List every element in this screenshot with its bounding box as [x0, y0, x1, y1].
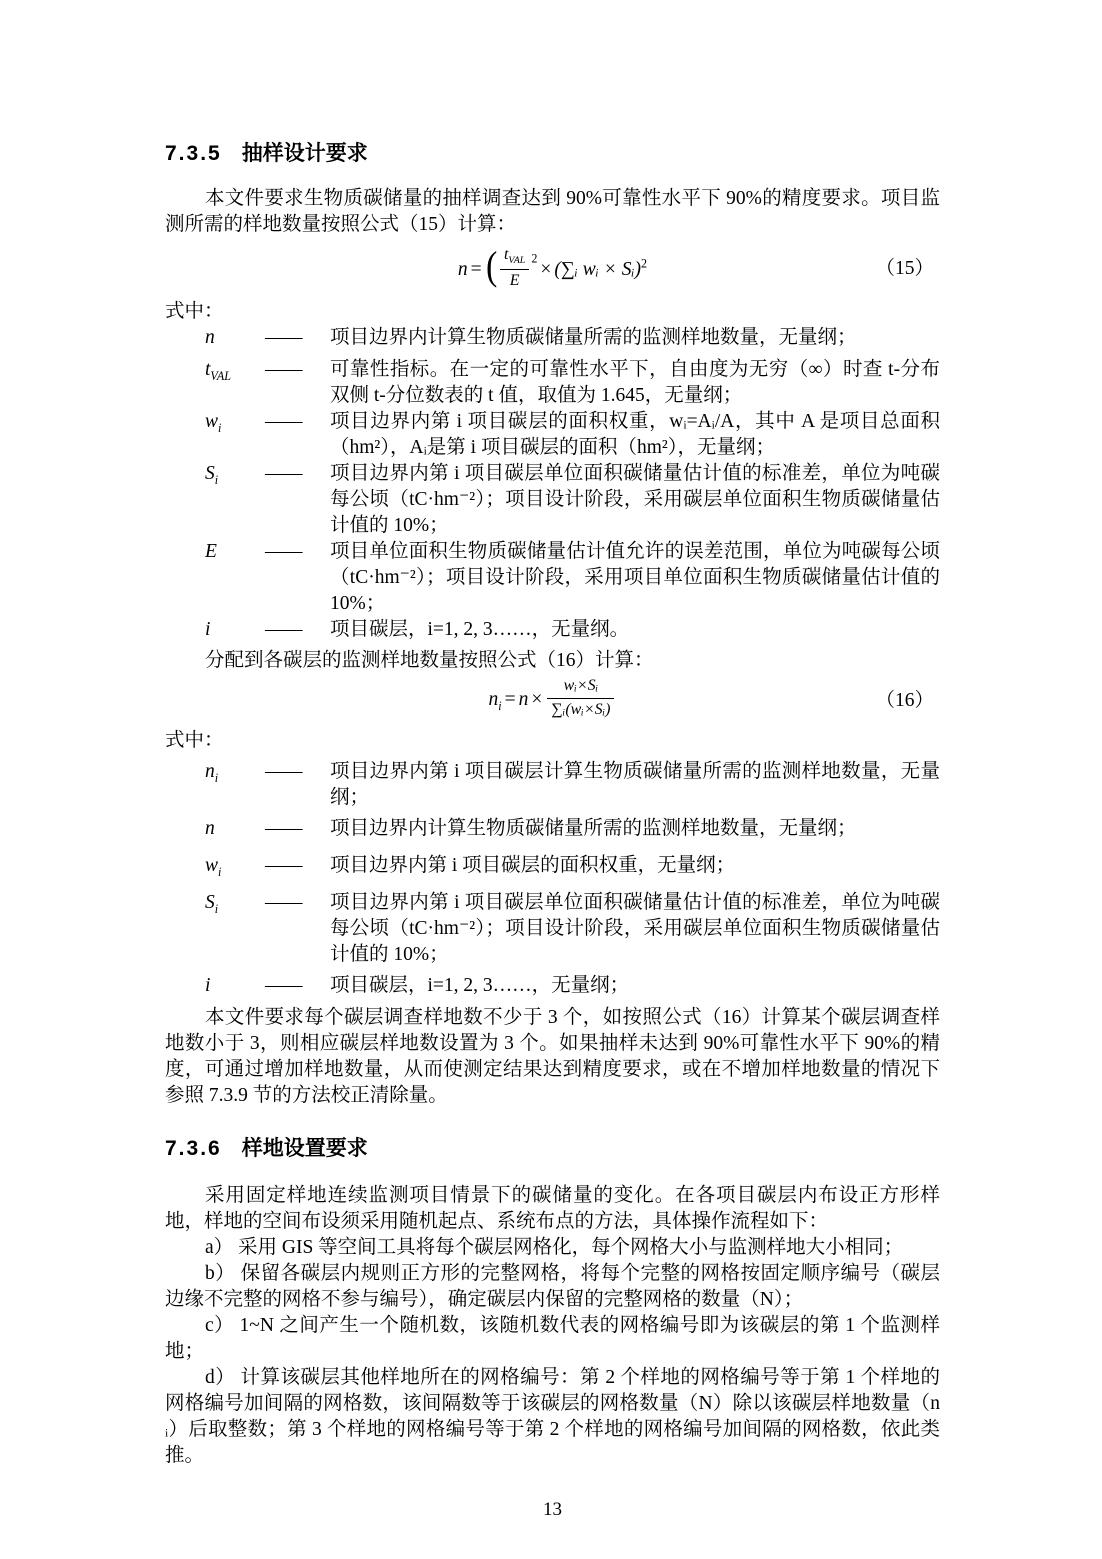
definition-dash: ——	[265, 816, 330, 842]
section-number: 7.3.5	[165, 142, 222, 165]
definition-symbol: wi	[205, 853, 265, 885]
definition-row: i —— 项目碳层，i=1, 2, 3……，无量纲；	[205, 973, 940, 1005]
definition-dash: ——	[265, 890, 330, 916]
definition-symbol: n	[205, 325, 265, 357]
definition-row: tVAL —— 可靠性指标。在一定的可靠性水平下，自由度为无穷（∞）时查 t-分…	[205, 357, 940, 409]
definition-text: 项目碳层，i=1, 2, 3……，无量纲。	[330, 617, 940, 643]
section-7-3-6-heading: 7.3.6样地设置要求	[165, 1135, 940, 1163]
definition-symbol: i	[205, 973, 265, 1005]
procedure-item-d: d） 计算该碳层其他样地所在的网格编号：第 2 个样地的网格编号等于第 1 个样…	[165, 1365, 940, 1469]
definition-symbol: n	[205, 816, 265, 848]
fraction: wᵢ×Sᵢ∑ᵢ(wᵢ×Sᵢ)	[547, 676, 614, 721]
formula-15-number: （15）	[875, 256, 934, 282]
definition-dash: ——	[265, 325, 330, 351]
definition-text: 项目边界内计算生物质碳储量所需的监测样地数量，无量纲；	[330, 816, 940, 842]
definition-text: 项目边界内第 i 项目碳层的面积权重，无量纲；	[330, 853, 940, 879]
paragraph-minimum-plots: 本文件要求每个碳层调查样地数不少于 3 个，如按照公式（16）计算某个碳层调查样…	[165, 1005, 940, 1109]
definition-symbol: Si	[205, 461, 265, 493]
definition-row: n —— 项目边界内计算生物质碳储量所需的监测样地数量，无量纲；	[205, 325, 940, 357]
definition-text: 项目边界内第 i 项目碳层的面积权重，wᵢ=Aᵢ/A，其中 A 是项目总面积（h…	[330, 409, 940, 461]
definition-text: 项目边界内计算生物质碳储量所需的监测样地数量，无量纲；	[330, 325, 940, 351]
page-number: 13	[165, 1497, 940, 1523]
procedure-item-a: a） 采用 GIS 等空间工具将每个碳层网格化，每个网格大小与监测样地大小相同；	[165, 1235, 940, 1261]
paragraph-sampling-intro: 本文件要求生物质碳储量的抽样调查达到 90%可靠性水平下 90%的精度要求。项目…	[165, 186, 940, 238]
definition-dash: ——	[265, 357, 330, 383]
section-7-3-5-heading: 7.3.5抽样设计要求	[165, 140, 940, 168]
definition-text: 可靠性指标。在一定的可靠性水平下，自由度为无穷（∞）时查 t-分布双侧 t-分位…	[330, 357, 940, 409]
definition-symbol: tVAL	[205, 357, 265, 389]
definition-dash: ——	[265, 409, 330, 435]
definition-dash: ——	[265, 539, 330, 565]
section-number: 7.3.6	[165, 1137, 222, 1160]
symbol-definitions-2: ni —— 项目边界内第 i 项目碳层计算生物质碳储量所需的监测样地数量，无量纲…	[165, 759, 940, 1005]
formula-15: n=(tVALE2×(∑ᵢ wᵢ × Sᵢ)2 （15）	[165, 245, 940, 294]
definition-symbol: ni	[205, 759, 265, 791]
symbol-definitions-1: n —— 项目边界内计算生物质碳储量所需的监测样地数量，无量纲； tVAL ——…	[165, 325, 940, 649]
formula-16: ni=n×wᵢ×Sᵢ∑ᵢ(wᵢ×Sᵢ) （16）	[165, 678, 940, 723]
definition-row: n —— 项目边界内计算生物质碳储量所需的监测样地数量，无量纲；	[205, 816, 940, 848]
definition-row: Si —— 项目边界内第 i 项目碳层单位面积碳储量估计值的标准差，单位为吨碳每…	[205, 890, 940, 968]
where-label-1: 式中：	[165, 299, 940, 325]
section-title: 抽样设计要求	[242, 142, 368, 165]
formula-16-number: （16）	[875, 688, 934, 714]
definition-text: 项目边界内第 i 项目碳层计算生物质碳储量所需的监测样地数量，无量纲；	[330, 759, 940, 811]
where-label-2: 式中：	[165, 728, 940, 754]
definition-dash: ——	[265, 617, 330, 643]
definition-dash: ——	[265, 853, 330, 879]
definition-row: ni —— 项目边界内第 i 项目碳层计算生物质碳储量所需的监测样地数量，无量纲…	[205, 759, 940, 811]
definition-row: E —— 项目单位面积生物质碳储量估计值允许的误差范围，单位为吨碳每公顷（tC·…	[205, 539, 940, 617]
definition-dash: ——	[265, 759, 330, 785]
definition-text: 项目碳层，i=1, 2, 3……，无量纲；	[330, 973, 940, 999]
definition-row: i —— 项目碳层，i=1, 2, 3……，无量纲。	[205, 617, 940, 649]
definition-dash: ——	[265, 973, 330, 999]
definition-text: 项目边界内第 i 项目碳层单位面积碳储量估计值的标准差，单位为吨碳每公顷（tC·…	[330, 461, 940, 539]
fraction: tVALE	[500, 245, 529, 292]
definition-symbol: i	[205, 617, 265, 649]
document-page: 7.3.5抽样设计要求 本文件要求生物质碳储量的抽样调查达到 90%可靠性水平下…	[0, 0, 1102, 1559]
definition-symbol: wi	[205, 409, 265, 441]
procedure-item-b: b） 保留各碳层内规则正方形的完整网格，将每个完整的网格按固定顺序编号（碳层边缘…	[165, 1261, 940, 1313]
definition-row: wi —— 项目边界内第 i 项目碳层的面积权重，wᵢ=Aᵢ/A，其中 A 是项…	[205, 409, 940, 461]
definition-symbol: Si	[205, 890, 265, 922]
definition-row: wi —— 项目边界内第 i 项目碳层的面积权重，无量纲；	[205, 853, 940, 885]
procedure-item-c: c） 1~N 之间产生一个随机数，该随机数代表的网格编号即为该碳层的第 1 个监…	[165, 1313, 940, 1365]
definition-text: 项目边界内第 i 项目碳层单位面积碳储量估计值的标准差，单位为吨碳每公顷（tC·…	[330, 890, 940, 968]
definition-row: Si —— 项目边界内第 i 项目碳层单位面积碳储量估计值的标准差，单位为吨碳每…	[205, 461, 940, 539]
definition-text: 项目单位面积生物质碳储量估计值允许的误差范围，单位为吨碳每公顷（tC·hm⁻²）…	[330, 539, 940, 617]
paragraph-plot-setup-intro: 采用固定样地连续监测项目情景下的碳储量的变化。在各项目碳层内布设正方形样地，样地…	[165, 1183, 940, 1235]
paragraph-allocation: 分配到各碳层的监测样地数量按照公式（16）计算：	[165, 648, 940, 674]
definition-dash: ——	[265, 461, 330, 487]
definition-symbol: E	[205, 539, 265, 571]
formula-15-expression: n=(tVALE2×(∑ᵢ wᵢ × Sᵢ)2	[458, 259, 647, 280]
section-title: 样地设置要求	[242, 1137, 368, 1160]
formula-16-expression: ni=n×wᵢ×Sᵢ∑ᵢ(wᵢ×Sᵢ)	[489, 689, 617, 710]
